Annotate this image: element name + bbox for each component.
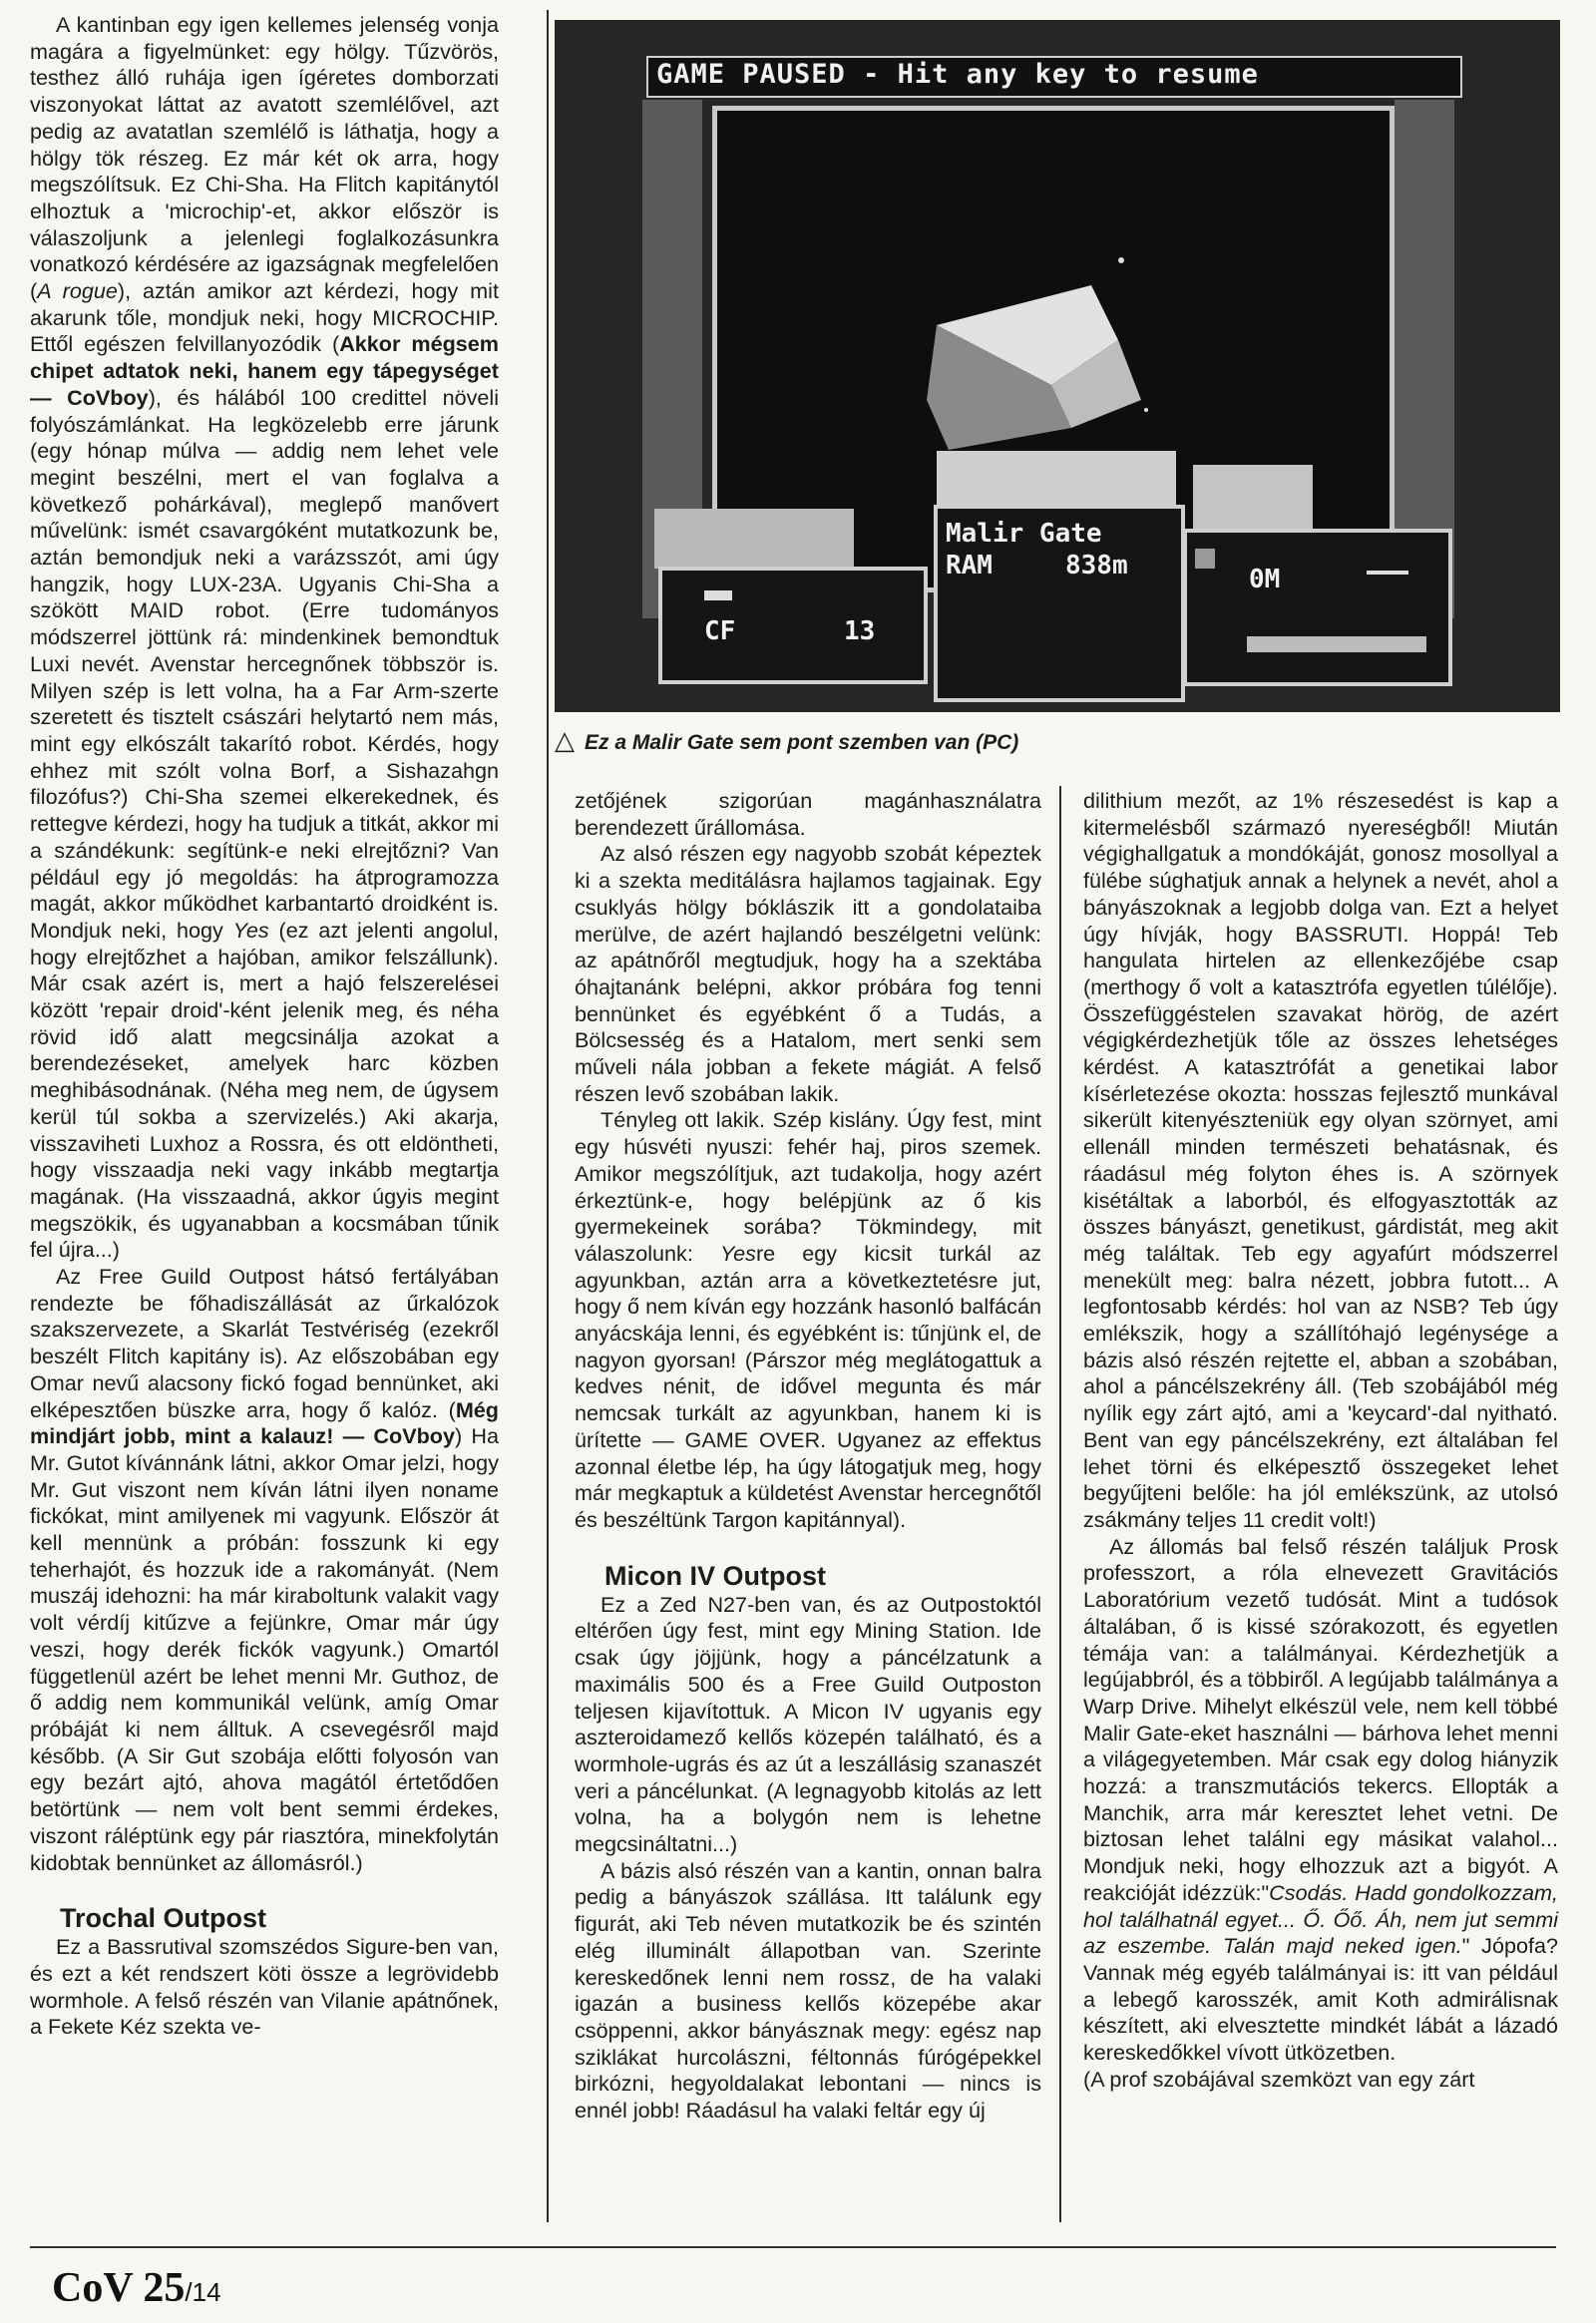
issue-separator: / [185, 2277, 192, 2307]
location-panel: Malir Gate RAM 838m [934, 505, 1185, 702]
page-number: 14 [193, 2277, 221, 2307]
column-divider [547, 10, 549, 2222]
article-paragraph: Ez a Zed N27-ben van, és az Outpostoktól… [575, 1592, 1041, 1858]
article-paragraph: A kantinban egy igen kellemes jelenség v… [30, 12, 499, 1264]
spacer [30, 1876, 499, 1902]
paragraph-text: (ez azt jelenti angolul, hogy elrejtőzhe… [30, 918, 499, 1262]
paragraph-text: A kantinban egy igen kellemes jelenség v… [30, 12, 499, 303]
article-paragraph: Tényleg ott lakik. Szép kislány. Úgy fes… [575, 1107, 1041, 1533]
ram-value: 838m [1065, 551, 1128, 581]
right-column: dilithium mezőt, az 1% részesedést is ka… [1083, 788, 1558, 2093]
left-console-top [654, 509, 854, 569]
article-paragraph: Az állomás bal felső részén találjuk Pro… [1083, 1534, 1558, 2067]
page-footer: CoV 25/14 [52, 2258, 221, 2318]
cf-panel: CF 13 [658, 567, 928, 684]
paragraph-text: Az Free Guild Outpost hátsó fertályában … [30, 1264, 499, 1422]
paragraph-text: re egy kicsit turkál az agyunkban, aztán… [575, 1241, 1041, 1532]
figure-caption: △Ez a Malir Gate sem pont szemben van (P… [555, 724, 1018, 756]
italic-answer: Yes [233, 918, 269, 943]
game-screenshot: GAME PAUSED - Hit any key to resume CF 1… [555, 20, 1560, 712]
energy-bar [1247, 636, 1426, 652]
left-column: A kantinban egy igen kellemes jelenség v… [30, 12, 499, 2041]
ram-label: RAM [946, 551, 993, 581]
caption-text: Ez a Malir Gate sem pont szemben van (PC… [585, 731, 1018, 754]
paragraph-text: ) Ha Mr. Gutot kívánnánk látni, akkor Om… [30, 1423, 499, 1874]
right-console-top [1193, 465, 1313, 535]
paragraph-text: Az állomás bal felső részén találjuk Pro… [1083, 1534, 1558, 1905]
section-heading-trochal: Trochal Outpost [30, 1902, 499, 1934]
middle-column: zetőjének szigorúan magánhasználatra ber… [575, 788, 1041, 2125]
article-paragraph: Az alsó részen egy nagyobb szobát képezt… [575, 841, 1041, 1107]
location-name: Malir Gate [946, 519, 1102, 549]
paragraph-text: ), és hálából 100 credittel növeli folyó… [30, 385, 499, 943]
footer-rule [30, 2246, 1556, 2248]
section-heading-micon: Micon IV Outpost [575, 1560, 1041, 1592]
pause-message: GAME PAUSED - Hit any key to resume [646, 56, 1462, 98]
status-panel: 0M [1183, 529, 1452, 686]
cf-indicator-icon [704, 590, 732, 600]
status-label: 0M [1249, 565, 1280, 594]
italic-answer: A rogue [37, 278, 118, 303]
issue-number: 25 [143, 2265, 185, 2311]
cf-label: CF [704, 616, 735, 646]
article-paragraph: Az Free Guild Outpost hátsó fertályában … [30, 1264, 499, 1876]
cf-value: 13 [844, 616, 875, 646]
magazine-name: CoV [52, 2265, 133, 2311]
article-paragraph: zetőjének szigorúan magánhasználatra ber… [575, 788, 1041, 841]
article-paragraph: Ez a Bassrutival szomszédos Sigure-ben v… [30, 1934, 499, 2041]
status-light-icon [1195, 549, 1215, 569]
triangle-icon: △ [555, 725, 575, 755]
article-paragraph: A bázis alsó részén van a kantin, onnan … [575, 1858, 1041, 2125]
article-paragraph: (A prof szobájával szemközt van egy zárt [1083, 2067, 1558, 2094]
center-console-top [937, 451, 1176, 511]
article-paragraph: dilithium mezőt, az 1% részesedést is ka… [1083, 788, 1558, 1534]
ship-icon [1367, 571, 1408, 575]
column-divider [1059, 786, 1061, 2222]
italic-answer: Yes [720, 1241, 756, 1266]
spacer [575, 1534, 1041, 1560]
